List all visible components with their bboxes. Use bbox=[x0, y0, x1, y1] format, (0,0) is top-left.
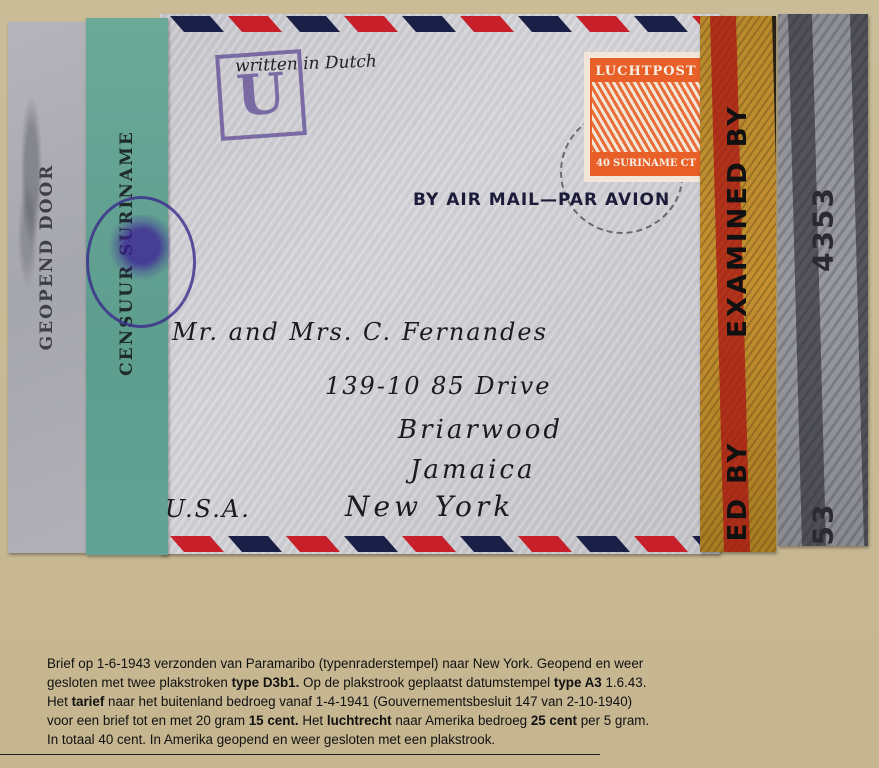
strip-text-geopend-door: GEOPEND DOOR bbox=[37, 164, 57, 351]
caption-line-3: Het tarief naar het buitenland bedroeg v… bbox=[47, 692, 837, 711]
address-recipient: Mr. and Mrs. C. Fernandes bbox=[172, 318, 548, 346]
address-town: Jamaica bbox=[410, 455, 535, 485]
caption-line-1: Brief op 1-6-1943 verzonden van Paramari… bbox=[47, 654, 837, 673]
airmail-label: BY AIR MAIL—PAR AVION bbox=[413, 190, 670, 210]
album-caption: Brief op 1-6-1943 verzonden van Paramari… bbox=[47, 654, 837, 749]
airmail-border-bottom bbox=[160, 536, 720, 552]
album-page: GEOPEND DOOR CENSUUR SURINAME U written … bbox=[0, 0, 879, 768]
stamp-value-left: 40 bbox=[596, 158, 610, 169]
address-state: New York bbox=[345, 490, 514, 523]
postage-stamp: LUCHTPOST 40 SURINAME CT bbox=[584, 52, 708, 182]
stamp-country: SURINAME bbox=[613, 158, 678, 169]
address-country: U.S.A. bbox=[165, 495, 251, 523]
strip-text-examined-by-partial: ED BY bbox=[723, 441, 753, 542]
strip-dark-stripes bbox=[778, 14, 868, 546]
examiner-number-partial: 53 bbox=[807, 503, 840, 546]
caption-line-5: In totaal 40 cent. In Amerika geopend en… bbox=[47, 730, 837, 749]
caption-line-2: gesloten met twee plakstroken type D3b1.… bbox=[47, 673, 837, 692]
address-street: 139-10 85 Drive bbox=[325, 372, 551, 400]
caption-line-4: voor een brief tot en met 20 gram 15 cen… bbox=[47, 711, 837, 730]
stamp-value-right: CT bbox=[681, 158, 696, 169]
stamp-footer: 40 SURINAME CT bbox=[592, 152, 700, 174]
censor-handstamp-circle bbox=[86, 196, 196, 328]
censor-strip-examined-by: EXAMINED BY ED BY bbox=[700, 16, 776, 552]
airmail-border-top bbox=[160, 16, 720, 32]
censor-strip-geopend-door: GEOPEND DOOR bbox=[8, 22, 86, 553]
censor-strip-examiner-number: 4353 53 bbox=[778, 14, 868, 546]
examiner-number: 4353 bbox=[807, 186, 840, 272]
strip-text-examined-by: EXAMINED BY bbox=[723, 104, 753, 338]
stamp-title: LUCHTPOST bbox=[592, 60, 700, 82]
address-district: Briarwood bbox=[398, 415, 563, 445]
caption-underline bbox=[0, 754, 600, 755]
stamp-design: LUCHTPOST 40 SURINAME CT bbox=[590, 58, 702, 176]
